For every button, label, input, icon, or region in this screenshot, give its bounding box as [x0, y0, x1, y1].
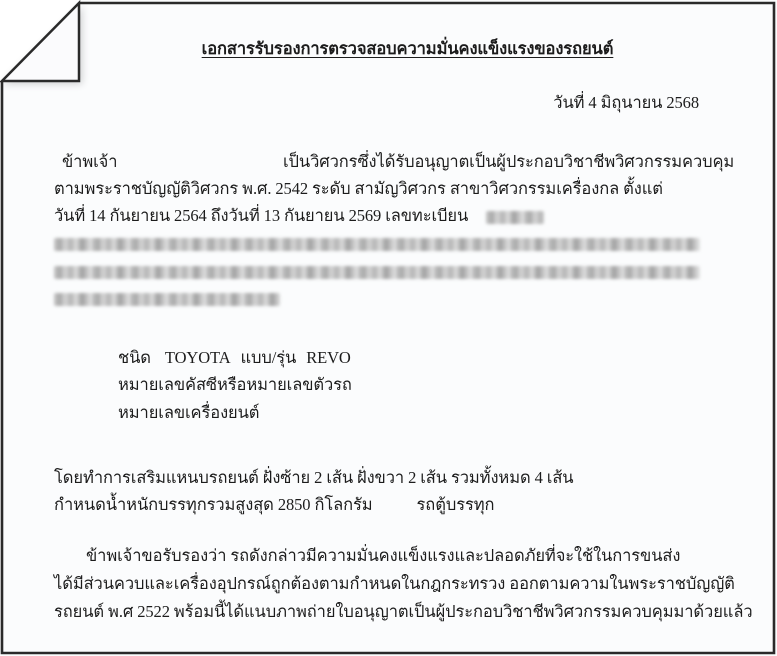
engine-number-label: หมายเลขเครื่องยนต์	[118, 402, 259, 424]
engineer-license-statement: เป็นวิศวกรซึ่งได้รับอนุญาตเป็นผู้ประกอบว…	[283, 151, 734, 173]
chassis-number-label: หมายเลขคัสซีหรือหมายเลขตัวรถ	[118, 374, 352, 396]
vehicle-model-label: แบบ/รุ่น	[241, 348, 297, 367]
max-load-line: กำหนดน้ำหนักบรรทุกรวมสูงสุด 2850 กิโลกรั…	[54, 494, 494, 516]
vehicle-type-value: TOYOTA	[165, 348, 231, 367]
certification-line-2: ได้มีส่วนควบและเครื่องอุปกรณ์ถูกต้องตามก…	[54, 573, 735, 595]
document-date: วันที่ 4 มิถุนายน 2568	[553, 92, 699, 114]
redacted-text-line	[54, 266, 700, 279]
engineer-intro-label: ข้าพเจ้า	[62, 151, 117, 173]
document-page: เอกสารรับรองการตรวจสอบความมั่นคงแข็งแรงข…	[0, 0, 777, 656]
certification-line-1: ข้าพเจ้าขอรับรองว่า รถดังกล่าวมีความมั่น…	[86, 545, 680, 567]
vehicle-type-line: ชนิดTOYOTAแบบ/รุ่นREVO	[118, 347, 351, 369]
redacted-registration-number	[486, 211, 544, 224]
leaf-spring-reinforcement-line: โดยทำการเสริมแหนบรถยนต์ ฝั่งซ้าย 2 เส้น …	[54, 467, 573, 489]
vehicle-type-label: ชนิด	[118, 348, 151, 367]
vehicle-category: รถตู้บรรทุก	[417, 495, 495, 514]
certification-line-3: รถยนต์ พ.ศ 2522 พร้อมนี้ได้แนบภาพถ่ายใบอ…	[54, 601, 753, 623]
redacted-text-line	[54, 238, 700, 251]
engineer-act-level-line: ตามพระราชบัญญัติวิศวกร พ.ศ. 2542 ระดับ ส…	[54, 178, 663, 200]
max-load-weight: กำหนดน้ำหนักบรรทุกรวมสูงสุด 2850 กิโลกรั…	[54, 495, 373, 514]
license-validity-line: วันที่ 14 กันยายน 2564 ถึงวันที่ 13 กันย…	[54, 205, 468, 227]
vehicle-model-value: REVO	[306, 348, 351, 367]
document-title: เอกสารรับรองการตรวจสอบความมั่นคงแข็งแรงข…	[0, 38, 777, 60]
redacted-text-line	[54, 293, 280, 306]
